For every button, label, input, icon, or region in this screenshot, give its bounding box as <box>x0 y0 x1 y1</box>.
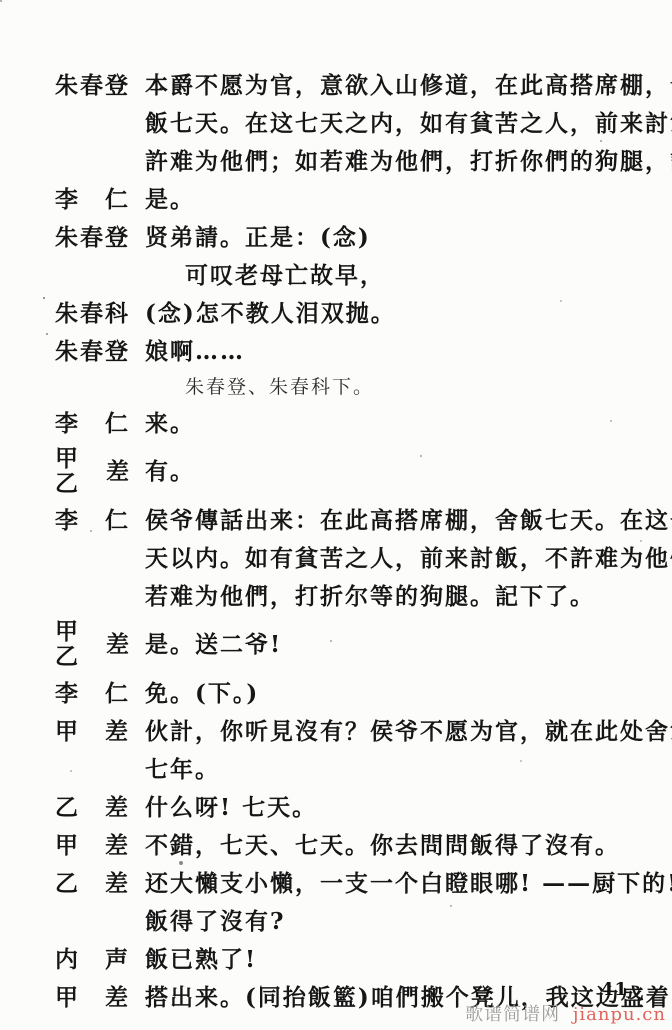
script-line: 甲 差 不錯，七天、七天。你去問問飯得了沒有。 <box>0 830 672 861</box>
dialogue-text: 免。(下。) <box>145 678 672 709</box>
speaker-name: 朱春登 <box>55 70 143 101</box>
speaker-name: 李 仁 <box>55 184 143 215</box>
speaker-name: 内 声 <box>55 944 143 975</box>
scanned-script-page: 朱春登 本爵不愿为官，意欲入山修道，在此高搭席棚，舍 飯七天。在这七天之内，如有… <box>0 0 672 1030</box>
dialogue-text: 侯爷傳話出来：在此高搭席棚，舍飯七天。在这七 <box>145 505 672 536</box>
page-number: 41 <box>601 979 628 1000</box>
speaker-name: 甲 乙 差 <box>55 446 143 496</box>
dialogue-text: 若难为他們，打折尔等的狗腿。記下了。 <box>145 581 672 612</box>
script-line: 李 仁 来。 <box>0 408 672 439</box>
dialogue-text: 什么呀! 七天。 <box>145 792 672 823</box>
script-line: 甲 乙 差 是。送二爷! <box>0 619 672 669</box>
script-line: 朱春科 (念)怎不教人泪双抛。 <box>0 298 672 329</box>
script-line: 朱春登、朱春科下。 <box>0 374 672 401</box>
dialogue-text: 飯已熟了! <box>145 944 672 975</box>
dialogue-text: 朱春登、朱春科下。 <box>185 374 672 401</box>
speaker-name: 乙 差 <box>55 868 143 899</box>
watermark-site-name: 歌谱简谱网 <box>465 1004 560 1025</box>
dialogue-text: 不錯，七天、七天。你去問問飯得了沒有。 <box>145 830 672 861</box>
speaker-name: 朱春登 <box>55 222 143 253</box>
script-line: 李 仁 是。 <box>0 184 672 215</box>
dialogue-text: 許难为他們；如若难为他們，打折你們的狗腿，記下了。 <box>145 146 672 177</box>
speaker-bottom: 乙 <box>55 644 80 669</box>
speaker-name: 甲 差 <box>55 982 143 1013</box>
speaker-bottom: 乙 <box>55 471 80 496</box>
dialogue-text: 七年。 <box>145 754 672 785</box>
script-body: 朱春登 本爵不愿为官，意欲入山修道，在此高搭席棚，舍 飯七天。在这七天之内，如有… <box>0 70 672 1020</box>
speaker-name: 朱春登 <box>55 336 143 367</box>
script-line: 朱春登 娘啊…… <box>0 336 672 367</box>
dialogue-text: 有。 <box>145 456 672 487</box>
dialogue-text: 可叹老母亡故早， <box>185 260 672 291</box>
script-line: 朱春登 本爵不愿为官，意欲入山修道，在此高搭席棚，舍 <box>0 70 672 101</box>
dialogue-text: 飯七天。在这七天之内，如有貧苦之人，前来討飯，不 <box>145 108 672 139</box>
dialogue-text: (念)怎不教人泪双抛。 <box>145 298 672 329</box>
speaker-name: 甲 差 <box>55 830 143 861</box>
dialogue-text: 还大懶支小懶，一支一个白瞪眼哪! ——厨下的! <box>145 868 672 899</box>
speaker-name: 李 仁 <box>55 678 143 709</box>
script-line: 李 仁 侯爷傳話出来：在此高搭席棚，舍飯七天。在这七 <box>0 505 672 536</box>
script-line: 若难为他們，打折尔等的狗腿。記下了。 <box>0 581 672 612</box>
script-line: 乙 差 什么呀! 七天。 <box>0 792 672 823</box>
speaker-top: 甲 <box>55 619 80 644</box>
speaker-name: 乙 差 <box>55 792 143 823</box>
dialogue-text: 天以内。如有貧苦之人，前来討飯，不許难为他們；如 <box>145 543 672 574</box>
script-line: 許难为他們；如若难为他們，打折你們的狗腿，記下了。 <box>0 146 672 177</box>
script-line: 可叹老母亡故早， <box>0 260 672 291</box>
watermark: 歌谱简谱网 jianpu.cn <box>465 1000 666 1026</box>
speaker-name: 李 仁 <box>55 408 143 439</box>
speaker-label: 差 <box>106 629 131 660</box>
watermark-site-url: jianpu.cn <box>573 1004 666 1025</box>
dialogue-text: 娘啊…… <box>145 336 672 367</box>
speaker-top: 甲 <box>55 446 80 471</box>
script-line: 飯得了沒有? <box>0 906 672 937</box>
script-line: 朱春登 贤弟請。正是：(念) <box>0 222 672 253</box>
script-line: 李 仁 免。(下。) <box>0 678 672 709</box>
script-line: 乙 差 还大懶支小懶，一支一个白瞪眼哪! ——厨下的! <box>0 868 672 899</box>
dialogue-text: 本爵不愿为官，意欲入山修道，在此高搭席棚，舍 <box>145 70 672 101</box>
dialogue-text: 伙計，你听見沒有？侯爷不愿为官，就在此处舍飯 <box>145 716 672 747</box>
dialogue-text: 是。送二爷! <box>145 629 672 660</box>
speaker-name: 甲 乙 差 <box>55 619 143 669</box>
script-line: 七年。 <box>0 754 672 785</box>
script-line: 飯七天。在这七天之内，如有貧苦之人，前来討飯，不 <box>0 108 672 139</box>
dialogue-text: 贤弟請。正是：(念) <box>145 222 672 253</box>
speaker-name: 甲 差 <box>55 716 143 747</box>
script-line: 甲 差 伙計，你听見沒有？侯爷不愿为官，就在此处舍飯 <box>0 716 672 747</box>
dialogue-text: 是。 <box>145 184 672 215</box>
script-line: 内 声 飯已熟了! <box>0 944 672 975</box>
speaker-name: 李 仁 <box>55 505 143 536</box>
speaker-stack: 甲 乙 <box>55 619 80 669</box>
script-line: 天以内。如有貧苦之人，前来討飯，不許难为他們；如 <box>0 543 672 574</box>
script-line: 甲 乙 差 有。 <box>0 446 672 496</box>
speaker-label: 差 <box>106 456 131 487</box>
dialogue-text: 来。 <box>145 408 672 439</box>
speaker-stack: 甲 乙 <box>55 446 80 496</box>
speaker-name: 朱春科 <box>55 298 143 329</box>
dialogue-text: 飯得了沒有? <box>145 906 672 937</box>
